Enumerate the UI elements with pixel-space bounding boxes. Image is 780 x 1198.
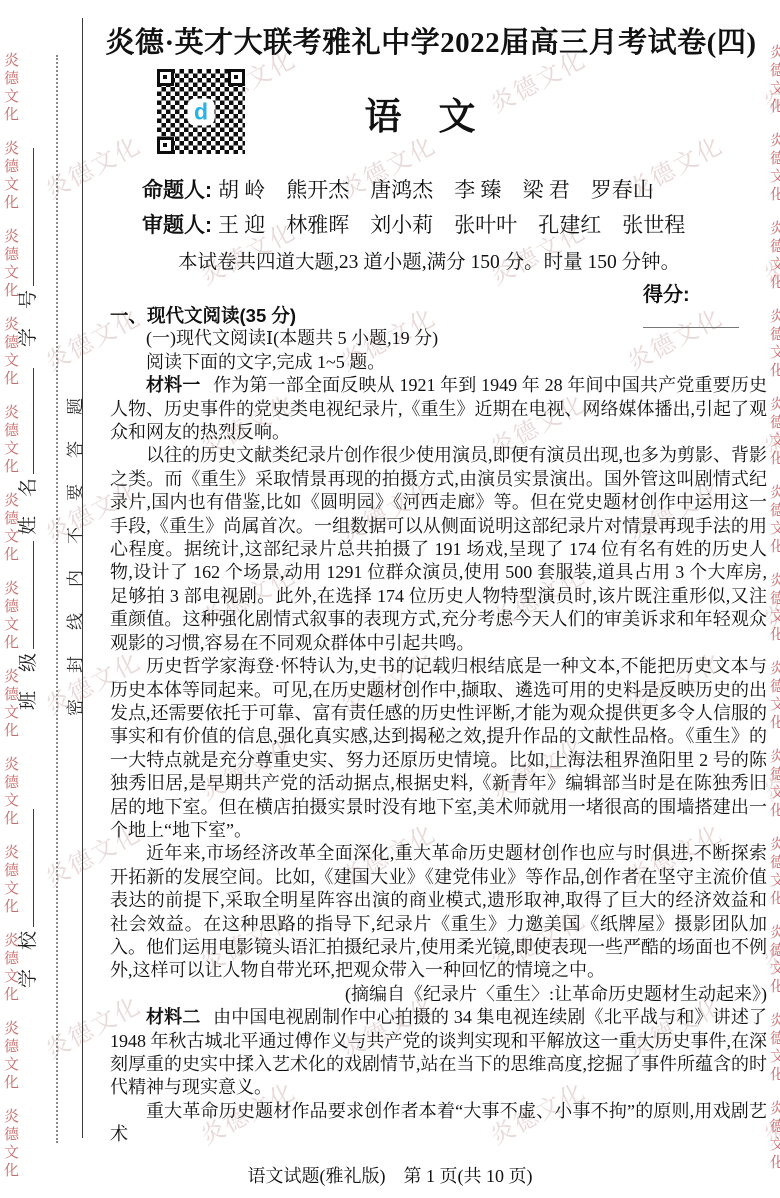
material-1-paragraph: 材料一作为第一部全面反映从 1921 年到 1949 年 28 年间中国共产党重… bbox=[110, 374, 767, 444]
subject-title: 语 文 bbox=[60, 86, 780, 140]
body-paragraph: 近年来,市场经济改革全面深化,重大革命历史题材创作也应与时俱进,不断探索开拓新的… bbox=[110, 842, 767, 982]
score-label: 得分: bbox=[643, 284, 690, 306]
reading-instruction: 阅读下面的文字,完成 1~5 题。 bbox=[110, 351, 767, 374]
setters-names: 胡 岭 熊开杰 唐鸿杰 李 臻 梁 君 罗春山 bbox=[218, 178, 654, 202]
student-name-blank bbox=[14, 368, 34, 474]
body-paragraph: 重大革命历史题材作品要求创作者本着“大事不虚、小事不拘”的原则,用戏剧艺术 bbox=[110, 1100, 767, 1147]
seal-warning-text: 密封线内不要答题 bbox=[61, 372, 86, 716]
reviewers-label: 审题人: bbox=[142, 214, 212, 237]
watermark-text: 炎德文化 bbox=[0, 1020, 21, 1092]
reviewers-row: 审题人:王 迎 林雅晖 刘小莉 张叶叶 孔建红 张世程 bbox=[142, 209, 685, 239]
exam-instruction: 本试卷共四道大题,23 道小题,满分 150 分。时量 150 分钟。 bbox=[178, 246, 680, 274]
material-2-paragraph: 材料二由中国电视剧制作中心拍摄的 34 集电视连续剧《北平战与和》讲述了 194… bbox=[110, 1006, 767, 1100]
qr-finder-icon bbox=[157, 69, 174, 86]
material-2-label: 材料二 bbox=[146, 1007, 201, 1027]
footer-page-info: 语文试题(雅礼版) 第 1 页(共 10 页) bbox=[0, 1162, 780, 1188]
school-field: 学 校 bbox=[13, 809, 40, 988]
student-name-label: 姓 名 bbox=[18, 478, 39, 535]
watermark-text: 炎德文化 bbox=[766, 836, 780, 908]
material-2-text: 由中国电视剧制作中心拍摄的 34 集电视连续剧《北平战与和》讲述了 1948 年… bbox=[110, 1007, 767, 1097]
watermark-text: 炎德文化 bbox=[766, 1012, 780, 1084]
watermark-text: 炎德文化 bbox=[766, 484, 780, 556]
student-id-label: 学 号 bbox=[18, 290, 39, 347]
watermark-text: 炎德文化 bbox=[0, 52, 21, 124]
exam-paper-page: 炎德文化炎德文化炎德文化炎德文化炎德文化炎德文化炎德文化炎德文化炎德文化炎德文化… bbox=[0, 0, 780, 1198]
exam-body: 一、现代文阅读(35 分) (一)现代文阅读Ⅰ(本题共 5 小题,19 分) 阅… bbox=[110, 304, 767, 1147]
class-blank bbox=[14, 541, 34, 649]
exam-title: 炎德·英才大联考雅礼中学2022届高三月考试卷(四) bbox=[88, 20, 774, 61]
watermark-text: 炎德文化 bbox=[766, 572, 780, 644]
watermark-text: 炎德文化 bbox=[766, 924, 780, 996]
school-blank bbox=[14, 809, 34, 927]
body-paragraph: 历史哲学家海登·怀特认为,史书的记载归根结底是一种文本,不能把历史文本与历史本体… bbox=[110, 655, 767, 842]
student-id-field: 学 号 bbox=[13, 148, 40, 347]
attribution-line: (摘编自《纪录片〈重生〉:让革命历史题材生动起来》) bbox=[110, 983, 767, 1006]
class-field: 班 级 bbox=[13, 541, 40, 710]
seal-dotted-line bbox=[56, 55, 58, 1143]
setters-label: 命题人: bbox=[142, 179, 212, 202]
watermark-text: 炎德文化 bbox=[766, 748, 780, 820]
qr-finder-icon bbox=[228, 69, 245, 86]
class-label: 班 级 bbox=[18, 653, 39, 710]
section-heading: 一、现代文阅读(35 分) bbox=[110, 304, 767, 327]
subsection-heading: (一)现代文阅读Ⅰ(本题共 5 小题,19 分) bbox=[110, 327, 767, 350]
reviewers-names: 王 迎 林雅晖 刘小莉 张叶叶 孔建红 张世程 bbox=[218, 213, 685, 237]
watermark-text: 炎德文化 bbox=[766, 132, 780, 204]
setters-row: 命题人:胡 岭 熊开杰 唐鸿杰 李 臻 梁 君 罗春山 bbox=[142, 174, 654, 204]
school-label: 学 校 bbox=[18, 931, 39, 988]
material-1-text: 作为第一部全面反映从 1921 年到 1949 年 28 年间中国共产党重要历史… bbox=[110, 375, 767, 442]
student-name-field: 姓 名 bbox=[13, 368, 40, 535]
student-id-blank bbox=[14, 148, 34, 286]
material-1-label: 材料一 bbox=[146, 375, 201, 395]
watermark-text: 炎德文化 bbox=[766, 396, 780, 468]
body-paragraph: 以往的历史文献类纪录片创作很少使用演员,即便有演员出现,也多为剪影、背影之类。而… bbox=[110, 444, 767, 655]
watermark-text: 炎德文化 bbox=[766, 660, 780, 732]
